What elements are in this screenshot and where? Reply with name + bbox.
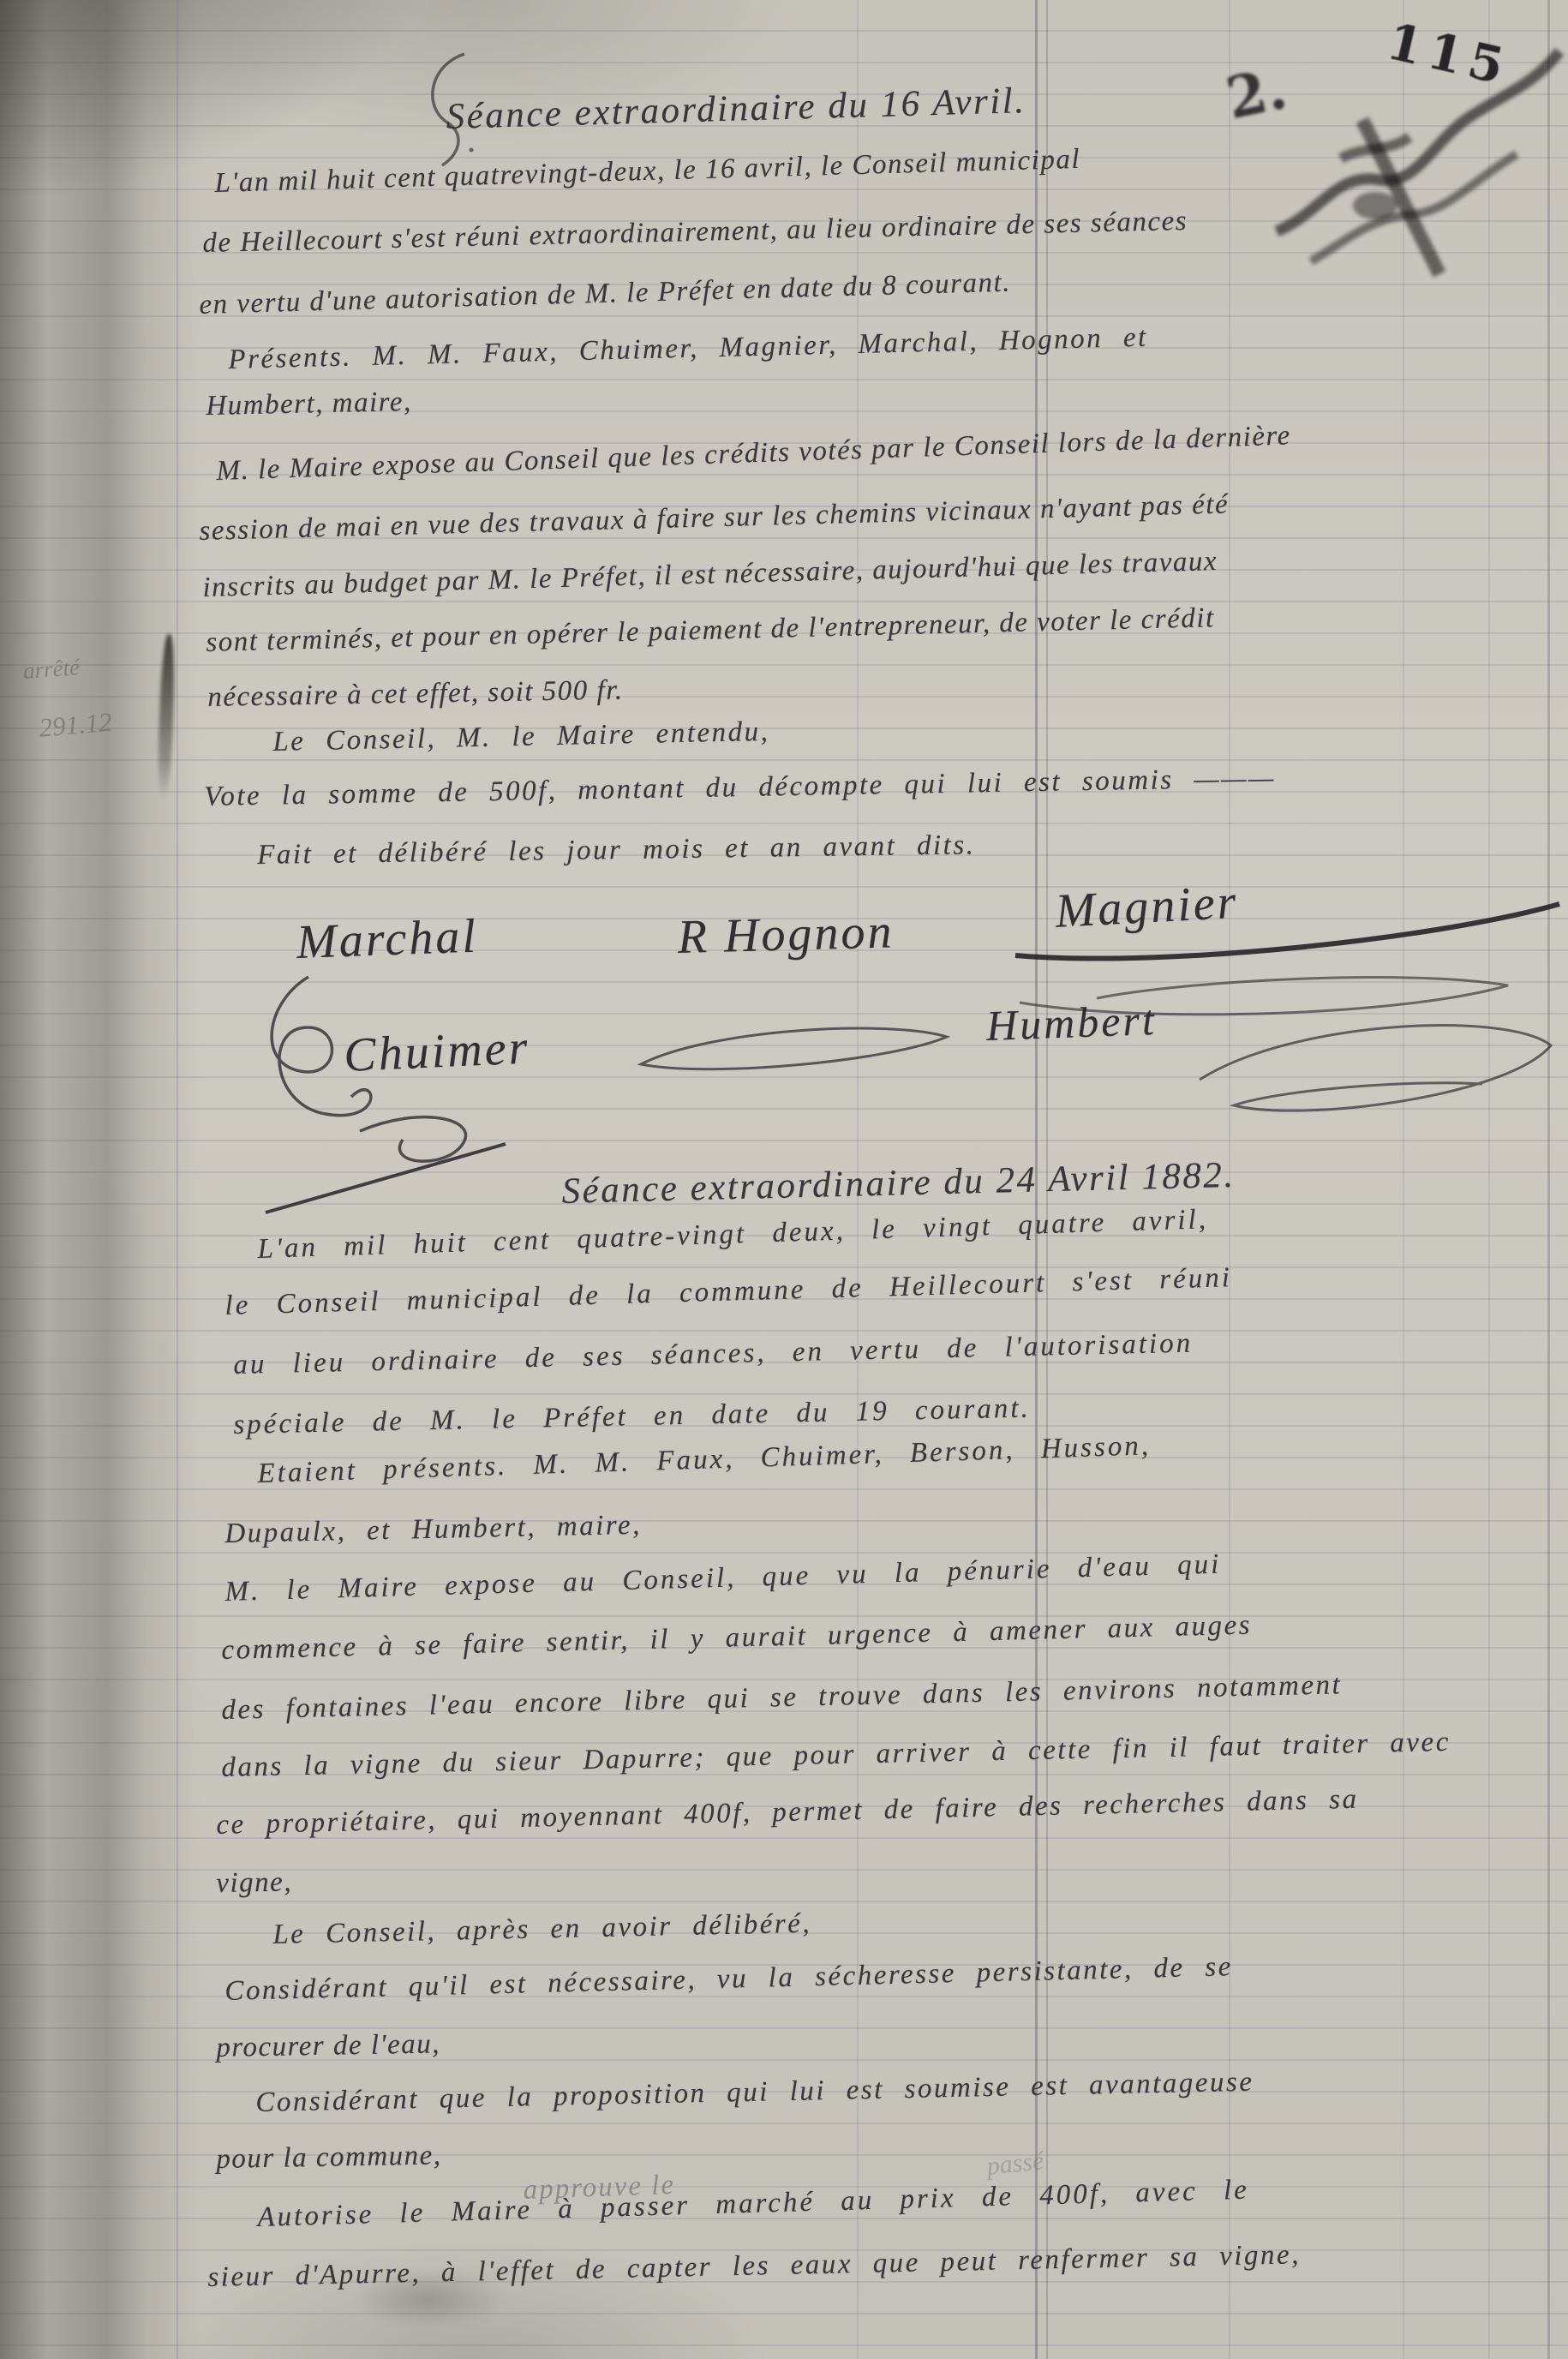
session1-opening-line3: en vertu d'une autorisation de M. le Pré… — [199, 267, 1011, 321]
session2-autorise-line2: sieur d'Apurre, à l'effet de capter les … — [207, 2239, 1301, 2294]
session2-expose-line2: commence à se faire sentir, il y aurait … — [221, 1610, 1252, 1667]
session1-expose-line4: sont terminés, et pour en opérer le paie… — [206, 602, 1215, 659]
signature-flourish-humbert — [1182, 985, 1568, 1140]
crease-line — [1488, 0, 1490, 2359]
signature-flourish-hognon — [634, 1011, 960, 1088]
session1-opening-line2: de Heillecourt s'est réuni extraordinair… — [202, 206, 1188, 260]
crease-line — [1403, 0, 1404, 2359]
session2-title: Séance extraordinaire du 24 Avril 1882. — [561, 1154, 1236, 1212]
margin-note-line2: 291.12 — [38, 707, 113, 744]
margin-note-line1: arrêté — [22, 654, 81, 685]
session2-autorise-line1: Autorise le Maire à passer marché au pri… — [257, 2175, 1249, 2234]
session2-considerant1-line2: procurer de l'eau, — [216, 2028, 440, 2064]
session2-considerant2-line2: pour la commune, — [216, 2140, 442, 2176]
session2-expose-line4: dans la vigne du sieur Dapurre; que pour… — [221, 1727, 1451, 1784]
session1-presents-line1: Présents. M. M. Faux, Chuimer, Magnier, … — [228, 322, 1148, 376]
session2-presents-line1: Etaient présents. M. M. Faux, Chuimer, B… — [257, 1430, 1152, 1490]
session1-fait: Fait et délibéré les jour mois et an ava… — [257, 829, 976, 871]
session2-opening-line3: au lieu ordinaire de ses séances, en ver… — [233, 1328, 1194, 1381]
session1-entendu: Le Conseil, M. le Maire entendu, — [272, 716, 770, 758]
signature-marchal: Marchal — [296, 909, 479, 970]
session2-opening-line2: le Conseil municipal de la commune de He… — [224, 1262, 1232, 1322]
session2-expose-line6: vigne, — [216, 1866, 292, 1900]
session2-expose-line1: M. le Maire expose au Conseil, que vu la… — [224, 1549, 1222, 1608]
margin-rule-line — [177, 0, 178, 2359]
signature-humbert: Humbert — [985, 995, 1158, 1051]
page-edge-line — [1547, 0, 1550, 2359]
session1-expose-line2: session de mai en vue des travaux à fair… — [199, 489, 1230, 548]
session1-expose-line1: M. le Maire expose au Conseil que les cr… — [216, 420, 1291, 488]
session2-expose-line5: ce propriétaire, qui moyennant 400f, per… — [216, 1784, 1359, 1841]
session2-considerant1-line1: Considérant qu'il est nécessaire, vu la … — [224, 1951, 1233, 2008]
ink-smear — [157, 634, 177, 801]
session2-presents-line2: Dupaulx, et Humbert, maire, — [224, 1510, 642, 1550]
register-page: 115 2. arrêté 291.12 Séance extraordinai… — [0, 0, 1568, 2359]
interline-annotation-passe: passé — [985, 2146, 1045, 2182]
session1-presents-line2: Humbert, maire, — [206, 386, 412, 422]
session1-expose-line3: inscrits au budget par M. le Préfet, il … — [202, 546, 1218, 604]
session2-expose-line3: des fontaines l'eau encore libre qui se … — [221, 1669, 1343, 1727]
session1-opening-line1: L'an mil huit cent quatrevingt-deux, le … — [214, 144, 1080, 200]
signature-flourish-chuimer — [257, 1097, 566, 1225]
session1-title: Séance extraordinaire du 16 Avril. — [446, 80, 1026, 138]
session1-vote: Vote la somme de 500f, montant du décomp… — [204, 763, 1276, 813]
session2-opening-line4: spéciale de M. le Préfet en date du 19 c… — [233, 1393, 1031, 1441]
session2-considerant2-line1: Considérant que la proposition qui lui e… — [255, 2067, 1254, 2119]
signature-hognon: R Hognon — [677, 904, 895, 965]
ink-stamp-scribble — [1260, 17, 1568, 274]
signature-chuimer: Chuimer — [343, 1021, 531, 1083]
session2-delibere: Le Conseil, après en avoir délibéré, — [272, 1908, 811, 1951]
session1-expose-line5: nécessaire à cet effet, soit 500 fr. — [207, 675, 624, 714]
